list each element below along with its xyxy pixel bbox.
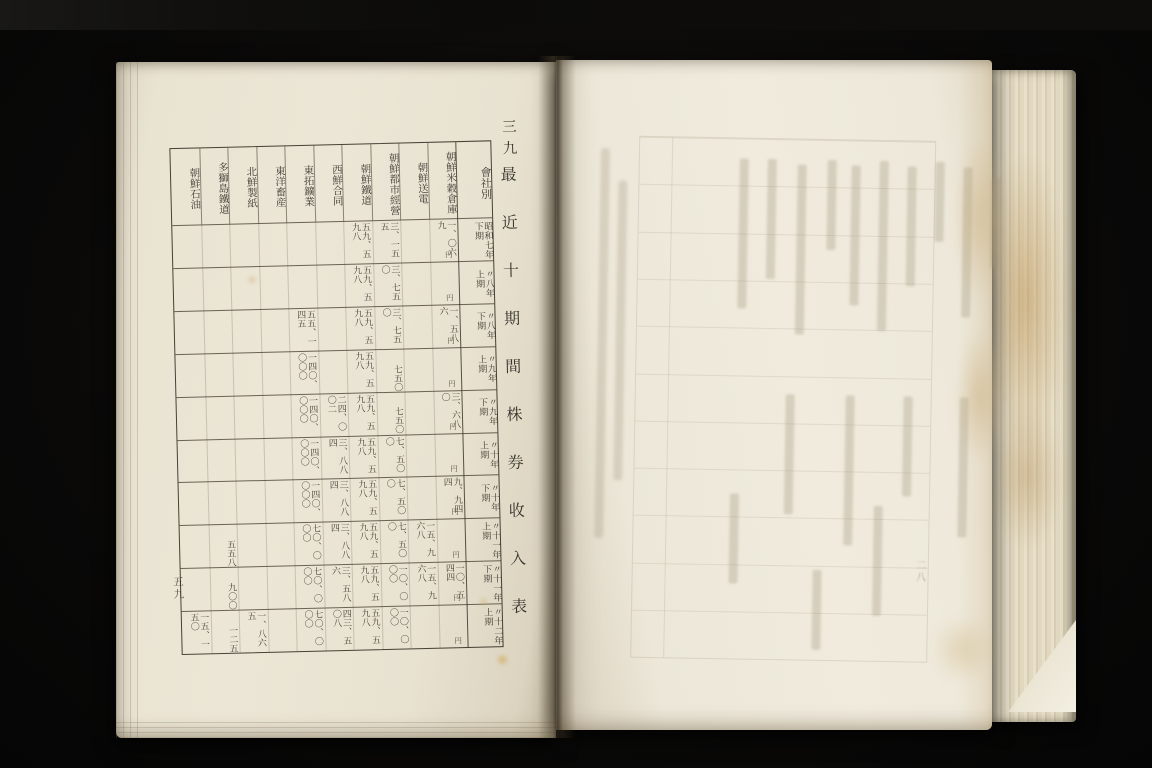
value-cell: 一、〇六九 (429, 218, 459, 262)
stock-income-table: 會社別朝鮮米穀倉庫朝鮮送電朝鮮都市經營朝鮮鐵道西鮮合同東拓鑛業東洋畜産北鮮製紙多… (169, 140, 503, 655)
unit-mark: 円 (451, 507, 459, 518)
value-cell: 一五、一五〇 (182, 610, 212, 654)
unit-mark: 円 (448, 378, 456, 389)
period-cell: 〃九年 下期 (461, 389, 497, 433)
unit-mark: 円 (449, 421, 457, 432)
page-corner-fold (1002, 620, 1076, 712)
showthrough-text-smudge (934, 162, 944, 242)
showthrough-text-smudge (728, 493, 739, 583)
value-cell: 三、一五五 (372, 220, 402, 264)
value-cell: 七〇、〇〇〇 (294, 522, 324, 566)
value-cell: 五九、五九八 (345, 306, 375, 350)
foxing-spot (480, 599, 486, 605)
company-header-cell: 東拓鑛業 (284, 146, 314, 223)
value-cell: 七〇、〇〇〇 (296, 608, 326, 652)
showthrough-text-smudge (811, 570, 821, 650)
value-cell: 九、九四四 (435, 475, 465, 519)
value-cell: 一〇、〇〇〇 (381, 606, 411, 650)
ghost-page-number: 二八 (911, 560, 926, 584)
value-cell: 五九、五九八 (351, 520, 381, 564)
value-cell: 一、五八六 (431, 304, 461, 348)
period-cell: 〃十年 上期 (462, 432, 498, 476)
value-cell: 一〇、五四四 (437, 561, 467, 605)
value-cell: 五五八 (208, 524, 238, 568)
value-cell: 五九、五九八 (348, 435, 378, 479)
showthrough-text-smudge (784, 394, 795, 514)
grid-row-line (175, 346, 495, 355)
photo-background: 三九 最近十期間株券收入表 五九 會社別朝鮮米穀倉庫朝鮮送電朝鮮都市經營朝鮮鐵道… (0, 0, 1152, 768)
table-corner-header: 會社別 (455, 141, 492, 218)
book-spine-gutter (538, 56, 576, 738)
unit-mark: 円 (447, 335, 455, 346)
value-cell: 五九、五九八 (346, 349, 376, 393)
period-cell: 昭和七年 下期 (457, 217, 493, 261)
company-header-cell: 北鮮製紙 (227, 147, 257, 224)
value-cell: 一四〇、〇〇〇 (289, 350, 319, 394)
showthrough-text-smudge (737, 158, 749, 308)
unit-mark: 円 (446, 292, 454, 303)
value-cell: 一〇、〇〇〇 (380, 563, 410, 607)
value-cell: 七五〇 (376, 391, 406, 435)
period-cell: 〃八年 上期 (458, 260, 494, 304)
period-cell: 〃十二年 上期 (467, 603, 503, 647)
company-header-cell: 朝鮮石油 (170, 148, 200, 225)
showthrough-text-smudge (906, 166, 917, 286)
value-cell: 五九、五九八 (353, 606, 383, 650)
value-cell: 七、五〇〇 (377, 434, 407, 478)
showthrough-text-smudge (957, 397, 968, 537)
showthrough-text-smudge (795, 164, 807, 334)
showthrough-grid-line (638, 279, 933, 285)
value-cell: 三、八八四 (322, 521, 352, 565)
showthrough-text-smudge (766, 159, 777, 279)
unit-mark: 円 (445, 249, 453, 260)
period-cell: 〃九年 上期 (460, 346, 496, 390)
company-header-cell: 朝鮮鐵道 (341, 144, 371, 221)
showthrough-grid-line (632, 610, 927, 616)
value-cell: 三、八八四 (320, 435, 350, 479)
unit-mark: 円 (454, 635, 462, 646)
value-cell: 五九、五九八 (347, 392, 377, 436)
showthrough-grid-line (635, 420, 930, 426)
company-header-cell: 朝鮮米穀倉庫 (427, 142, 457, 219)
period-cell: 〃十一年 下期 (466, 560, 502, 604)
showthrough-grid-line (633, 562, 928, 568)
foxing-spot (498, 655, 507, 664)
showthrough-text-smudge (843, 395, 855, 545)
value-cell: 一五、九六八 (407, 519, 437, 563)
section-number: 三九 (498, 119, 520, 163)
showthrough-grid-line (663, 137, 673, 657)
showthrough-grid-line (637, 326, 932, 332)
value-cell: 五九、五九八 (349, 478, 379, 522)
showthrough-grid-line (634, 515, 929, 521)
value-cell: 五九、五九八 (344, 263, 374, 307)
left-page-content: 三九 最近十期間株券收入表 五九 會社別朝鮮米穀倉庫朝鮮送電朝鮮都市經營朝鮮鐵道… (115, 61, 571, 748)
value-cell: 三、五八六 (323, 564, 353, 608)
value-cell: 一四〇、〇〇〇 (291, 436, 321, 480)
company-header-cell: 西鮮合同 (313, 145, 343, 222)
page-stain (930, 614, 997, 685)
showthrough-grid-line (639, 231, 934, 237)
value-cell: 二四、〇〇二 (319, 392, 349, 436)
unit-mark: 円 (450, 464, 458, 475)
right-page-content: 二八 (545, 59, 993, 737)
value-cell: 五五、一四五 (288, 307, 318, 351)
value-cell: 七、五〇〇 (379, 520, 409, 564)
showthrough-text-smudge (902, 396, 913, 496)
company-header-cell: 朝鮮送電 (398, 143, 428, 220)
value-cell: 三、六八〇 (433, 390, 463, 434)
value-cell: 三、七五〇 (373, 262, 403, 306)
value-cell: 一二五 (210, 610, 240, 654)
unit-mark: 円 (453, 592, 461, 603)
left-page: 三九 最近十期間株券收入表 五九 會社別朝鮮米穀倉庫朝鮮送電朝鮮都市經營朝鮮鐵道… (116, 62, 556, 738)
grid-row-line (173, 260, 493, 269)
unit-mark: 円 (452, 549, 460, 560)
value-cell: 三、七五〇 (374, 305, 404, 349)
value-cell: 一四〇、〇〇〇 (290, 393, 320, 437)
showthrough-grid-line (640, 137, 935, 143)
value-cell: 三、八八四 (321, 478, 351, 522)
value-cell: 九〇〇 (209, 567, 239, 611)
showthrough-text-smudge (849, 165, 860, 305)
showthrough-text-smudge (826, 160, 837, 250)
showthrough-grid-line (634, 468, 929, 474)
period-cell: 〃十年 下期 (463, 475, 499, 519)
value-cell: 七〇、〇〇〇 (295, 565, 325, 609)
value-cell: 四三、五〇八 (324, 607, 354, 651)
company-header-cell: 朝鮮都市經營 (370, 144, 400, 221)
showthrough-text-smudge (877, 161, 889, 331)
period-cell: 〃八年 下期 (459, 303, 495, 347)
showthrough-text-smudge (872, 506, 883, 616)
value-cell: 一四〇、〇〇〇 (292, 479, 322, 523)
value-cell: 一、八六五 (239, 609, 269, 653)
company-header-cell: 多獅島鐵道 (199, 148, 229, 225)
right-page: 二八 (556, 60, 992, 730)
showthrough-title-line (594, 148, 610, 538)
showthrough-table (630, 136, 936, 663)
period-cell: 〃十一年 上期 (464, 518, 500, 562)
value-cell: 七五〇 (375, 348, 405, 392)
showthrough-text-smudge (961, 167, 973, 317)
showthrough-grid-line (636, 373, 931, 379)
showthrough-grid-line (639, 184, 934, 190)
value-cell: 七、五〇〇 (378, 477, 408, 521)
value-cell: 一五、九六八 (409, 562, 439, 606)
value-cell: 五九、五九八 (343, 220, 373, 264)
value-cell: 五九、五九八 (352, 563, 382, 607)
showthrough-title-line (613, 180, 627, 480)
company-header-cell: 東洋畜産 (256, 146, 286, 223)
